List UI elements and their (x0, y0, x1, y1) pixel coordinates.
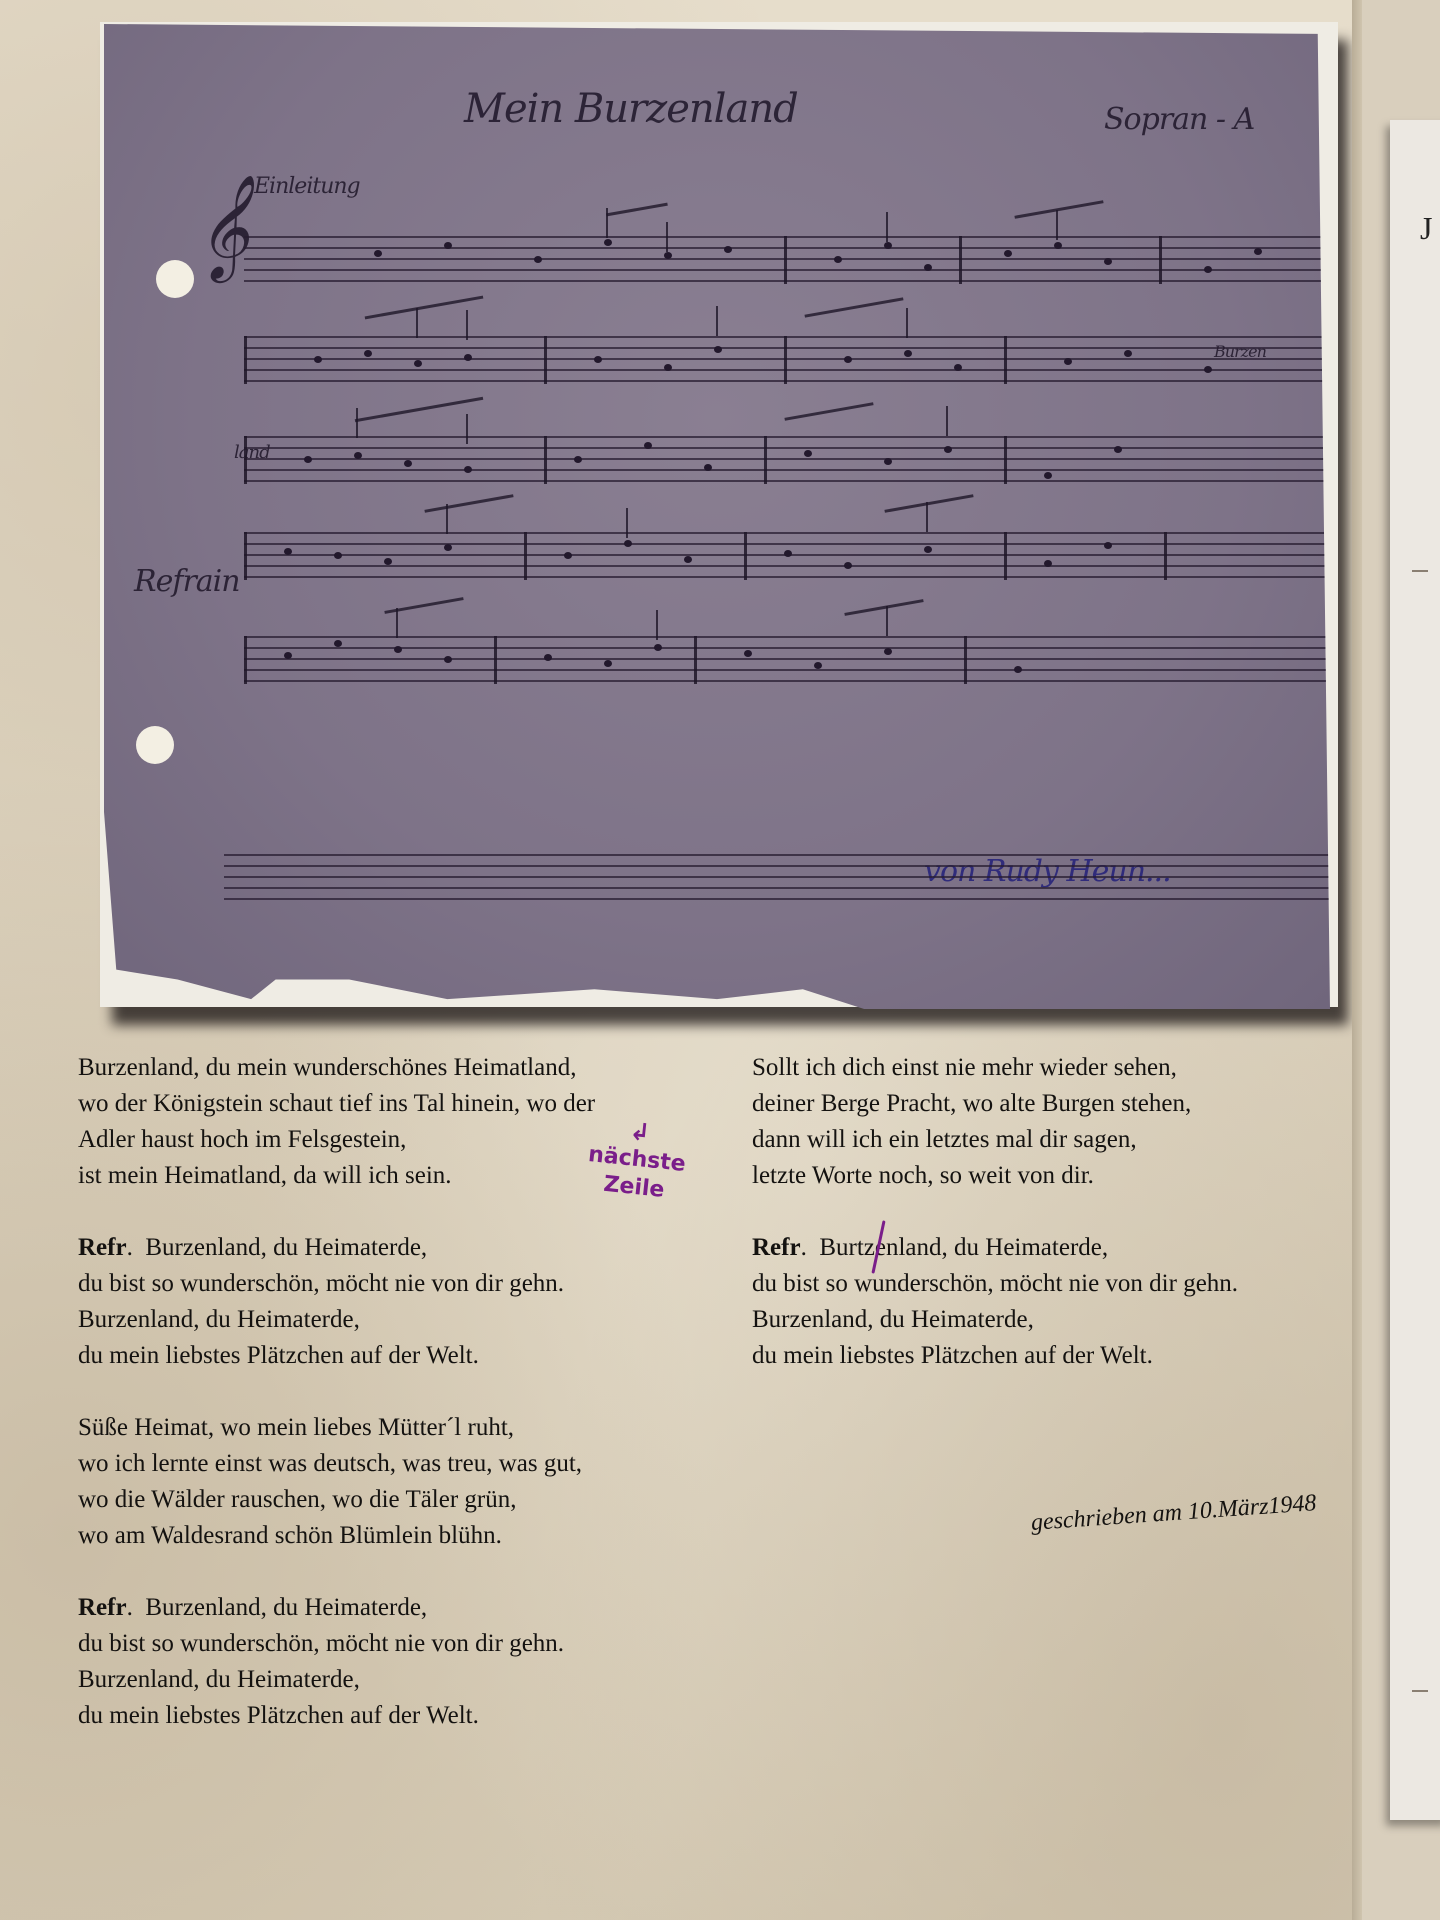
lyric-line: Sollt ich dich einst nie mehr wieder seh… (752, 1050, 1238, 1086)
stanza-1: Burzenland, du mein wunderschönes Heimat… (78, 1050, 595, 1194)
stanza-2: Süße Heimat, wo mein liebes Mütter´l ruh… (78, 1410, 595, 1554)
annotation-line: Zeile (602, 1172, 665, 1203)
date-note: geschrieben am 10.März1948 (1030, 1490, 1317, 1537)
handwritten-voice: Sopran - A (1104, 102, 1254, 137)
music-staff (244, 532, 1330, 580)
refrain-label: Refr (78, 1234, 127, 1261)
lyrics-right-column: Sollt ich dich einst nie mehr wieder seh… (752, 1050, 1238, 1410)
lyric-line: Burzenland, du Heimaterde, (78, 1302, 595, 1338)
lyric-line: deiner Berge Pracht, wo alte Burgen steh… (752, 1086, 1238, 1122)
adjacent-page-mark (1412, 570, 1428, 572)
booklet-page: Mein Burzenland Sopran - A Einleitung Bu… (0, 0, 1358, 1920)
handwritten-title: Mein Burzenland (464, 86, 798, 132)
music-staff (244, 636, 1330, 684)
treble-clef-icon: 𝄞 (196, 174, 248, 280)
lyric-line: Süße Heimat, wo mein liebes Mütter´l ruh… (78, 1410, 595, 1446)
refrain-label: Refr (78, 1594, 127, 1621)
lyric-line: Burzenland, du mein wunderschönes Heimat… (78, 1050, 595, 1086)
refrain-label-suffix: . (127, 1234, 133, 1261)
refrain-3: Refr. Burtzenland, du Heimaterde, du bis… (752, 1230, 1238, 1374)
handwritten-refrain-label: Refrain (134, 564, 240, 599)
refrain-label-suffix: . (801, 1234, 807, 1261)
lyric-line: Burzenland, du Heimaterde, (752, 1302, 1238, 1338)
lyric-line: ist mein Heimatland, da will ich sein. (78, 1158, 595, 1194)
sheet-music-photo: Mein Burzenland Sopran - A Einleitung Bu… (104, 24, 1330, 1009)
punch-hole (136, 726, 174, 764)
adjacent-page: J (1390, 120, 1440, 1820)
refrain-2: Refr. Burzenland, du Heimaterde, du bist… (78, 1590, 595, 1734)
lyric-text: Burzenland, du Heimaterde, (145, 1234, 427, 1261)
lyric-line: du mein liebstes Plätzchen auf der Welt. (752, 1338, 1238, 1374)
lyrics-left-column: Burzenland, du mein wunderschönes Heimat… (78, 1050, 595, 1770)
lyric-line: wo die Wälder rauschen, wo die Täler grü… (78, 1482, 595, 1518)
lyric-line: Refr. Burtzenland, du Heimaterde, (752, 1230, 1238, 1266)
lyric-line: du bist so wunderschön, möcht nie von di… (752, 1266, 1238, 1302)
lyric-line: wo der Königstein schaut tief ins Tal hi… (78, 1086, 595, 1122)
lyric-line: Refr. Burzenland, du Heimaterde, (78, 1230, 595, 1266)
page-edge (1352, 0, 1362, 1920)
lyric-text: Burtzenland, du Heimaterde, (819, 1234, 1108, 1261)
lyric-line: du mein liebstes Plätzchen auf der Welt. (78, 1698, 595, 1734)
adjacent-page-glyph: J (1420, 210, 1432, 247)
lyric-line: Burzenland, du Heimaterde, (78, 1662, 595, 1698)
lyric-line: Refr. Burzenland, du Heimaterde, (78, 1590, 595, 1626)
music-staff (244, 236, 1330, 284)
punch-hole (156, 260, 194, 298)
lyric-line: du mein liebstes Plätzchen auf der Welt. (78, 1338, 595, 1374)
stanza-3: Sollt ich dich einst nie mehr wieder seh… (752, 1050, 1238, 1194)
adjacent-page-mark (1412, 1690, 1428, 1692)
lyric-line: du bist so wunderschön, möcht nie von di… (78, 1626, 595, 1662)
music-staff (244, 436, 1330, 484)
lyric-line: du bist so wunderschön, möcht nie von di… (78, 1266, 595, 1302)
lyric-line: dann will ich ein letztes mal dir sagen, (752, 1122, 1238, 1158)
empty-music-staff (224, 854, 1330, 902)
lyric-text: Burzenland, du Heimaterde, (145, 1594, 427, 1621)
refrain-1: Refr. Burzenland, du Heimaterde, du bist… (78, 1230, 595, 1374)
lyric-line: wo ich lernte einst was deutsch, was tre… (78, 1446, 595, 1482)
lyric-line: Adler haust hoch im Felsgestein, (78, 1122, 595, 1158)
refrain-label: Refr (752, 1234, 801, 1261)
lyric-line: wo am Waldesrand schön Blümlein blühn. (78, 1518, 595, 1554)
lyric-line: letzte Worte noch, so weit von dir. (752, 1158, 1238, 1194)
margin-annotation: ↲ nächste Zeile (584, 1113, 690, 1207)
handwritten-intro-label: Einleitung (254, 174, 360, 199)
music-staff (244, 336, 1330, 384)
refrain-label-suffix: . (127, 1594, 133, 1621)
